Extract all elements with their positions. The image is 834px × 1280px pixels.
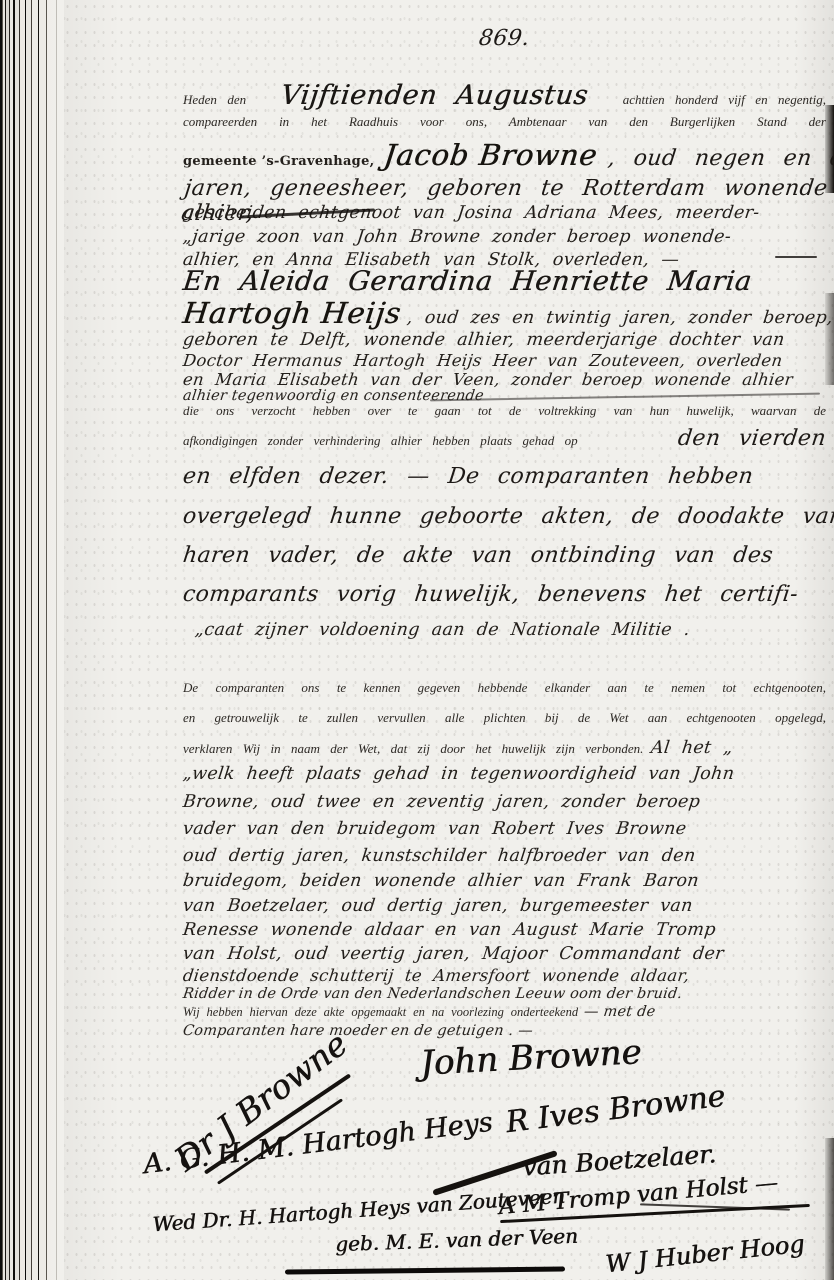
handwritten-text: en elfden dezer. — De comparanten hebben (181, 464, 754, 489)
handwritten-text: — met de (583, 1004, 656, 1020)
act-line: De comparanten ons te kennen gegeven heb… (183, 680, 826, 696)
handwritten-text: comparants vorig huwelijk, benevens het … (181, 582, 799, 607)
act-number-value: 869. (478, 26, 532, 51)
handwritten-text: bruidegom, beiden wonende alhier van Fra… (182, 871, 700, 891)
act-line: geboren te Delft, wonende alhier, meerde… (183, 330, 826, 350)
binding-edge (0, 0, 64, 1280)
act-line: oud dertig jaren, kunstschilder halfbroe… (183, 846, 826, 866)
act-line: en getrouwelijk te zullen vervullen alle… (183, 710, 826, 726)
bride-surname: Hartogh Heijs (181, 296, 403, 330)
handwritten-text: van Boetzelaer, oud dertig jaren, burgem… (182, 896, 694, 916)
handwritten-text: Al het „ (650, 738, 734, 758)
handwritten-text: haren vader, de akte van ontbinding van … (181, 543, 774, 568)
signature-r-ives-browne: R Ives Browne (504, 1079, 727, 1141)
act-line: vader van den bruidegom van Robert Ives … (183, 819, 826, 839)
bride-name-line: En Aleida Gerardina Henriette Maria (181, 266, 754, 297)
handwritten-text: vader van den bruidegom van Robert Ives … (182, 819, 688, 839)
scan-edge-artifact (825, 1138, 834, 1280)
act-line: bruidegom, beiden wonende alhier van Fra… (183, 871, 826, 891)
handwritten-text: Comparanten hare moeder en de getuigen .… (182, 1023, 534, 1039)
handwritten-text: Ridder in de Orde van den Nederlandschen… (182, 986, 683, 1002)
scanned-marriage-act-page: 869. Heden den Vijftienden Augustus acht… (0, 0, 834, 1280)
handwritten-text: , oud zes en twintig jaren, zonder beroe… (406, 308, 834, 328)
handwritten-text: Doctor Hermanus Hartogh Heijs Heer van Z… (182, 351, 784, 370)
act-line: die ons verzocht hebben over te gaan tot… (183, 403, 826, 419)
handwritten-text: Renesse wonende aldaar en van August Mar… (182, 920, 717, 940)
handwritten-text: , oud negen en dertig (606, 146, 834, 171)
act-line: Comparanten hare moeder en de getuigen .… (183, 1023, 826, 1039)
act-line: comparants vorig huwelijk, benevens het … (183, 582, 826, 607)
act-line: dienstdoende schutterij te Amersfoort wo… (183, 966, 826, 985)
act-line: Wij hebben hiervan deze akte opgemaakt e… (183, 1004, 826, 1020)
handwritten-text: „caat zijner voldoening aan de Nationale… (194, 620, 691, 640)
ink-flourish (775, 256, 817, 258)
handwritten-text: overgelegd hunne geboorte akten, de dood… (181, 504, 834, 529)
signature-john-browne: John Browne (419, 1032, 642, 1084)
act-line: Doctor Hermanus Hartogh Heijs Heer van Z… (183, 351, 826, 370)
signature-van-boetzelaer: van Boetzelaer. (521, 1139, 717, 1181)
act-line: En Aleida Gerardina Henriette Maria (183, 266, 826, 297)
act-line: en Maria Elisabeth van der Veen, zonder … (183, 370, 826, 389)
act-line: Ridder in de Orde van den Nederlandschen… (183, 986, 826, 1002)
handwritten-text: en Maria Elisabeth van der Veen, zonder … (182, 370, 794, 389)
scan-bottom-artifact (285, 1267, 565, 1275)
act-line: afkondigingen zonder verhindering alhier… (183, 426, 826, 451)
act-number: 869. (183, 26, 826, 51)
handwritten-date: Vijftienden Augustus (279, 80, 590, 111)
printed-text: verklaren Wij in naam der Wet, dat zij d… (183, 741, 643, 757)
handwritten-text: alhier tegenwoordig en consenteerende (182, 388, 485, 404)
printed-text: achttien honderd vijf en negentig, (623, 92, 826, 108)
handwritten-text: den vierden (677, 426, 828, 451)
act-line: van Holst, oud veertig jaren, Majoor Com… (183, 944, 826, 964)
act-line: van Boetzelaer, oud dertig jaren, burgem… (183, 896, 826, 916)
act-line: compareerden in het Raadhuis voor ons, A… (183, 114, 826, 130)
act-line: Renesse wonende aldaar en van August Mar… (183, 920, 826, 940)
printed-text: afkondigingen zonder verhindering alhier… (183, 433, 578, 449)
handwritten-text: „jarige zoon van John Browne zonder bero… (182, 227, 732, 247)
signature-registrar: W J Huber Hoog (604, 1230, 806, 1279)
handwritten-text: oud dertig jaren, kunstschilder halfbroe… (182, 846, 697, 866)
act-line: Heden den Vijftienden Augustus achttien … (183, 80, 826, 111)
scan-edge-artifact (825, 293, 834, 385)
act-line: overgelegd hunne geboorte akten, de dood… (183, 504, 826, 529)
act-line: Browne, oud twee en zeventig jaren, zond… (183, 792, 826, 812)
printed-text: Wij hebben hiervan deze akte opgemaakt e… (183, 1005, 578, 1020)
act-line: Hartogh Heijs , oud zes en twintig jaren… (183, 296, 826, 330)
act-line: „welk heeft plaats gehad in tegenwoordig… (183, 764, 826, 784)
act-line: „caat zijner voldoening aan de Nationale… (183, 620, 834, 640)
signature-van-der-veen: geb. M. E. van der Veen (335, 1224, 579, 1256)
act-line: verklaren Wij in naam der Wet, dat zij d… (183, 738, 826, 758)
groom-name: Jacob Browne (382, 138, 599, 172)
act-line: en elfden dezer. — De comparanten hebben (183, 464, 826, 489)
handwritten-text: van Holst, oud veertig jaren, Majoor Com… (182, 944, 725, 964)
printed-municipality: gemeente ’s-Gravenhage, (183, 154, 374, 169)
act-line: „jarige zoon van John Browne zonder bero… (183, 227, 826, 247)
printed-text: Heden den (183, 92, 246, 108)
handwritten-text: „welk heeft plaats gehad in tegenwoordig… (182, 764, 736, 784)
handwritten-text: geboren te Delft, wonende alhier, meerde… (182, 330, 786, 350)
act-line: gemeente ’s-Gravenhage, Jacob Browne , o… (183, 138, 826, 172)
handwritten-text: Browne, oud twee en zeventig jaren, zond… (182, 792, 702, 812)
handwritten-text: dienstdoende schutterij te Amersfoort wo… (182, 966, 691, 985)
act-line: haren vader, de akte van ontbinding van … (183, 543, 826, 568)
